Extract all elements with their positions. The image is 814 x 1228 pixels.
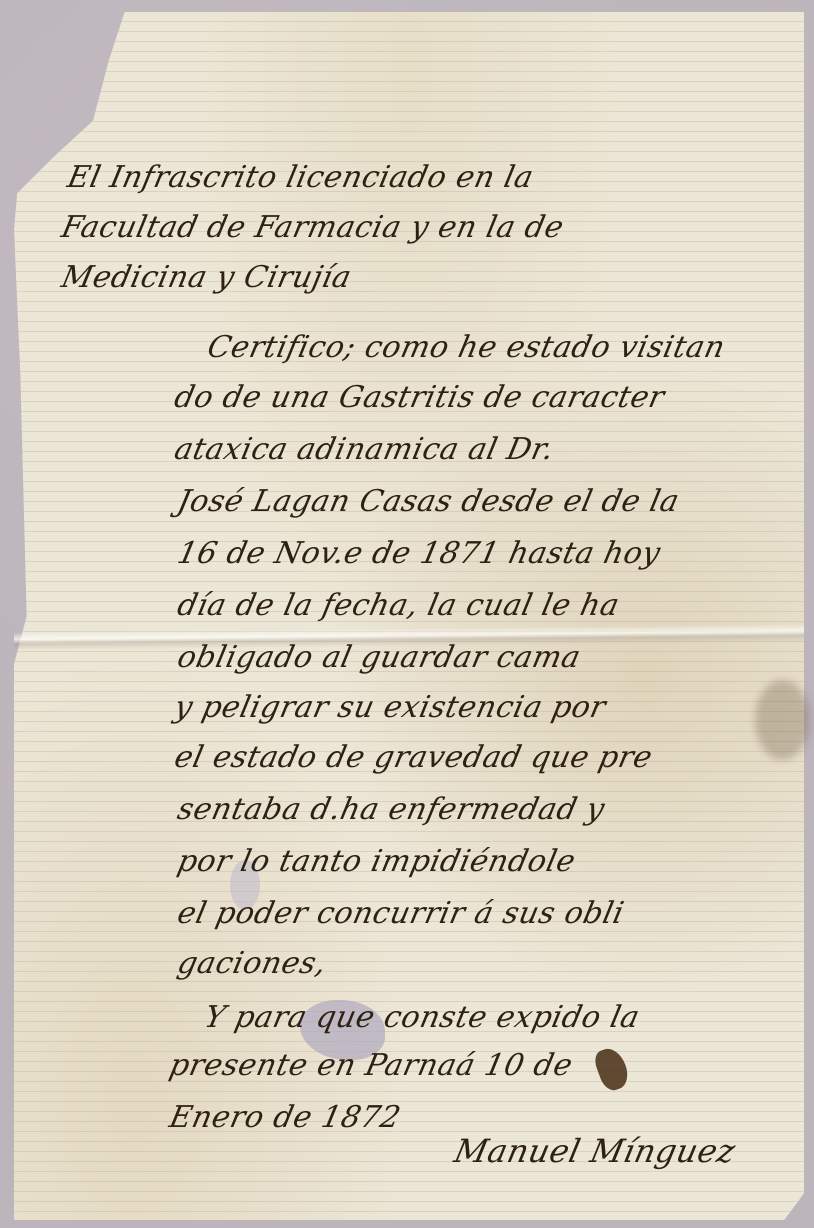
handwritten-line: obligado al guardar cama: [174, 640, 584, 675]
handwritten-line: y peligrar su existencia por: [171, 690, 609, 725]
handwritten-line: el estado de gravedad que pre: [171, 740, 655, 775]
handwritten-line: día de la fecha, la cual le ha: [174, 588, 622, 623]
handwritten-line: sentaba d.ha enfermedad y: [174, 792, 608, 827]
handwritten-line: 16 de Nov.e de 1871 hasta hoy: [174, 536, 663, 571]
handwritten-line: José Lagan Casas desde el de la: [174, 484, 682, 519]
handwritten-line: Y para que conste expido la: [201, 1000, 643, 1035]
handwritten-line: El Infrascrito licenciado en la: [64, 160, 537, 195]
handwritten-line: Certifico; como he estado visitan: [204, 330, 728, 365]
handwritten-line: el poder concurrir á sus obli: [174, 896, 627, 931]
handwritten-line: por lo tanto impidiéndole: [174, 844, 579, 879]
handwritten-line: gaciones,: [174, 946, 330, 981]
water-stain: [755, 680, 810, 760]
signature: Manuel Mínguez: [451, 1132, 739, 1170]
handwritten-line: presente en Parnaá 10 de: [166, 1048, 576, 1083]
handwritten-line: Enero de 1872: [166, 1100, 404, 1135]
handwritten-line: ataxica adinamica al Dr.: [171, 432, 557, 467]
handwritten-line: Medicina y Cirujía: [58, 260, 354, 295]
handwritten-line: Facultad de Farmacia y en la de: [58, 210, 567, 245]
handwritten-line: do de una Gastritis de caracter: [171, 380, 667, 415]
